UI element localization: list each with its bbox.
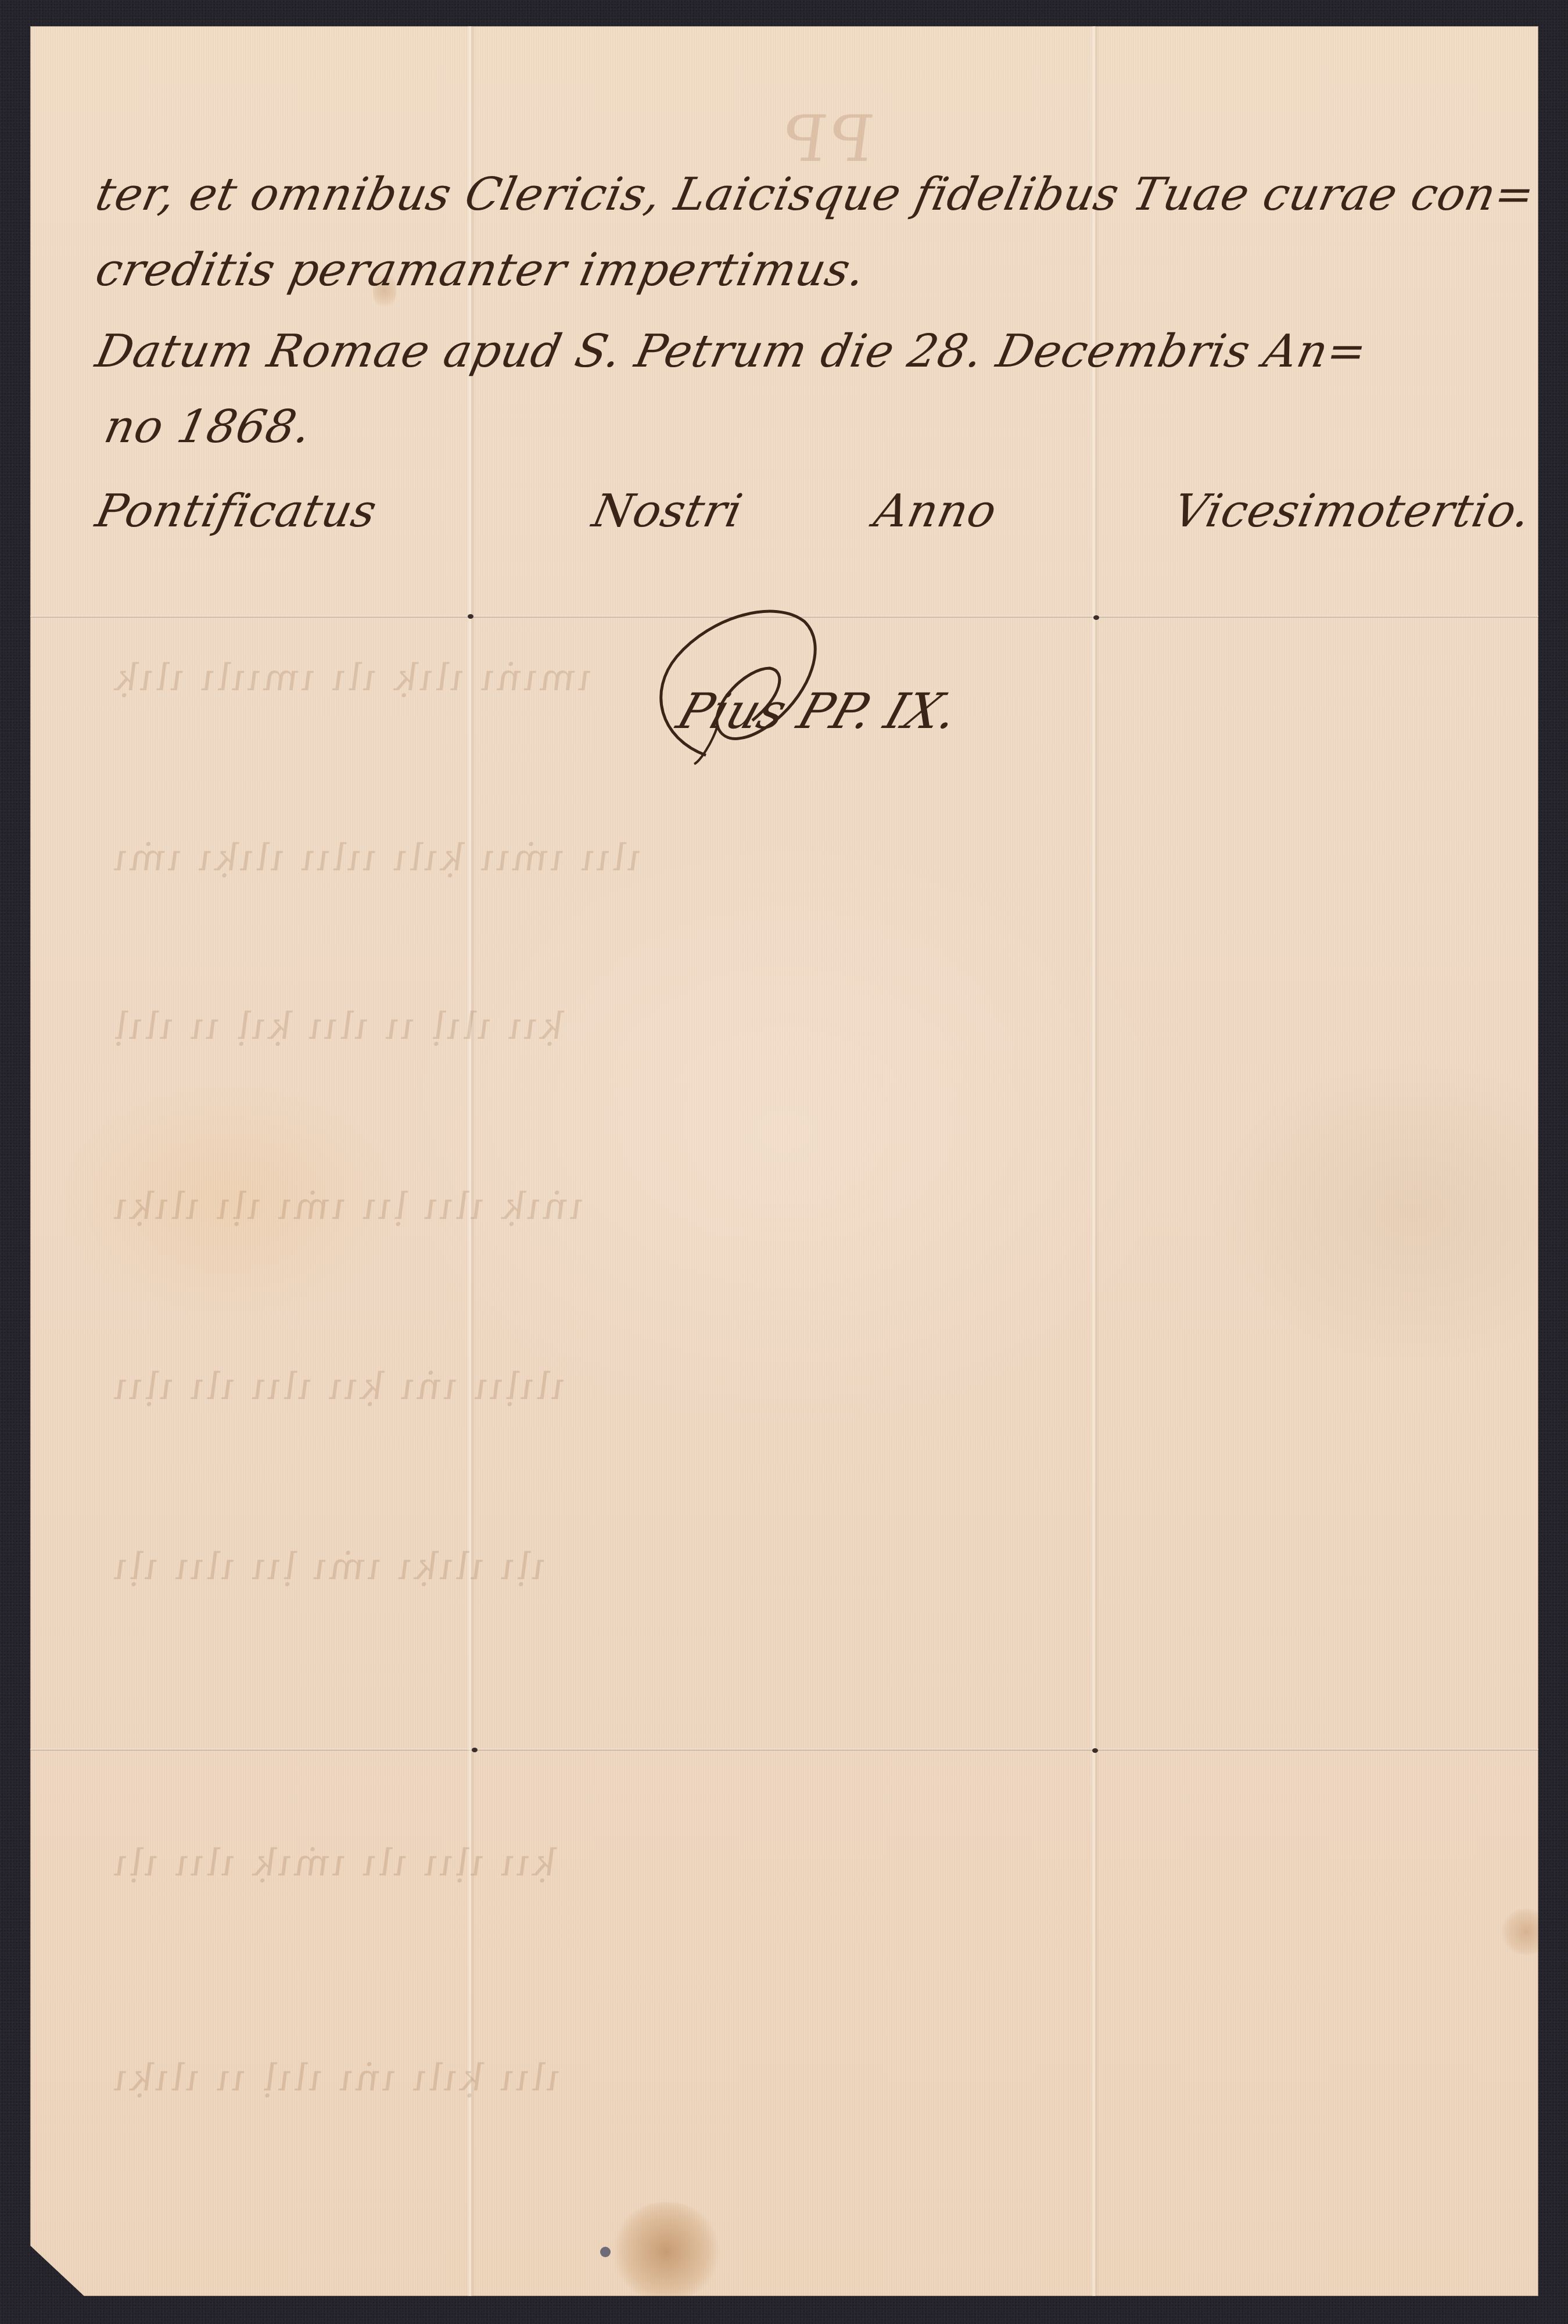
water-stain: [611, 2202, 722, 2296]
bleed-through-initials: PP: [767, 102, 885, 176]
closing-nostri: Nostri: [588, 485, 747, 537]
signature: Pius PP. IX.: [670, 683, 966, 740]
bleed-through-line: ıḷı ılıḳı ıṁı ḷıı ılıı ıḷı: [106, 1548, 551, 1586]
bleed-through-line: ḳıı ılıḷ ıı ılıı ḳıḷ ıı ılıḷ: [106, 1008, 569, 1045]
crease-pinhole: [472, 1748, 478, 1752]
document-page: PP ımıṅı ılıḳ ılı ımıılı ılıḳ ılıı ıṁıı …: [30, 26, 1538, 2296]
crease-pinhole: [1092, 1748, 1098, 1753]
crease-pinhole: [468, 614, 473, 619]
bleed-through-line: ḳıı ıḷıı ılı ıṁıḳ ılıı ıḷı: [106, 1845, 562, 1882]
ink-spot: [600, 2247, 611, 2257]
fold-crease-lower: [30, 1749, 1538, 1751]
closing-vicesimotertio: Vicesimotertio.: [1169, 485, 1535, 537]
foxing-spot: [1500, 1909, 1538, 1955]
text-line-3: Datum Romae apud S. Petrum die 28. Decem…: [91, 325, 1372, 378]
closing-anno: Anno: [870, 485, 1002, 537]
bleed-through-line: ılıḷıı ıṅı ḳıı ılıı ılı ıḷıı: [106, 1368, 570, 1405]
closing-pontificatus: Pontificatus: [91, 485, 382, 537]
bleed-through-line: ımıṅı ılıḳ ılı ımıılı ılıḳ: [106, 659, 597, 697]
bleed-through-line: ıṅıḳ ılıı ḷıı ıṁı ıḷı ılıḳı: [106, 1188, 589, 1225]
bleed-through-line: ılıı ḳılı ıṅı ılıḷ ıı ılıḳı: [106, 2060, 566, 2097]
bleed-through-line: ılıı ıṁıı ḳılı ıılıı ılıḳı ıṁı: [106, 840, 647, 877]
text-line-1: ter, et omnibus Clericis, Laicisque fide…: [91, 168, 1538, 221]
text-line-2: creditis peramanter impertimus.: [91, 244, 870, 296]
text-line-4: no 1868.: [100, 401, 316, 453]
crease-pinhole: [1093, 615, 1099, 620]
